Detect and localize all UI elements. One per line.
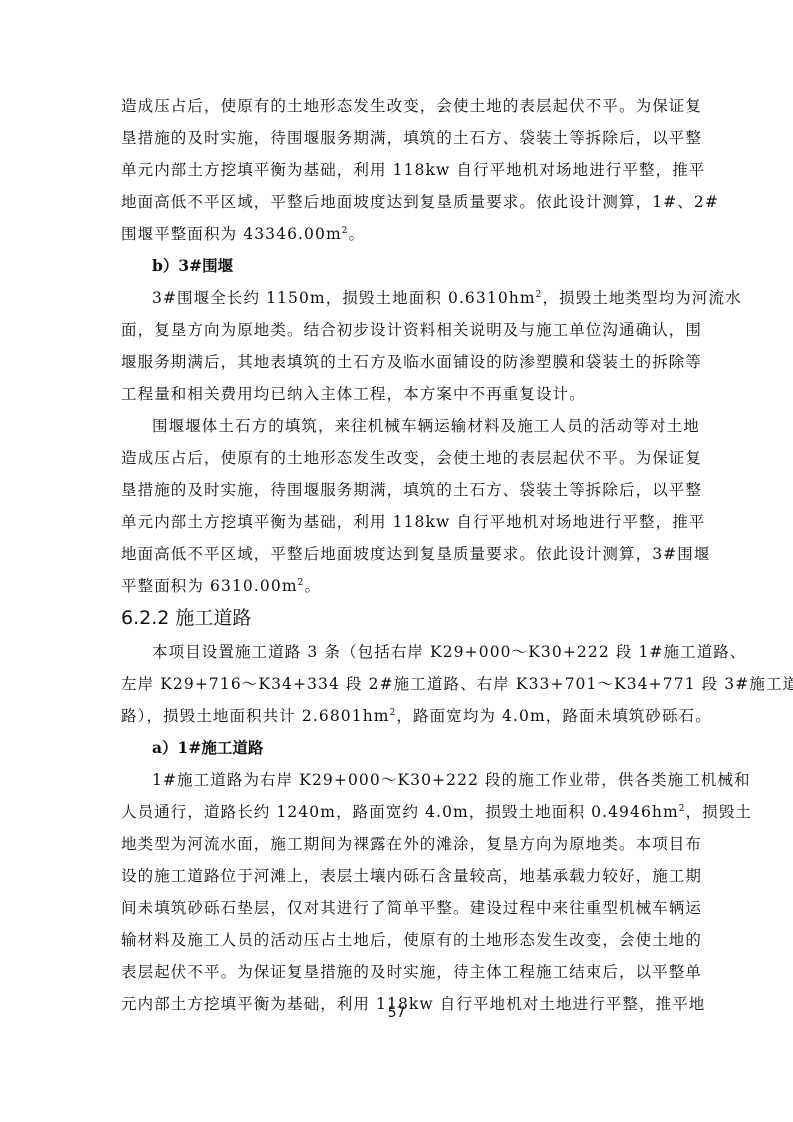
text-line: 本项目设置施工道路 3 条（包括右岸 K29+000～K30+222 段 1#施… bbox=[121, 636, 672, 668]
text-span: ，损毁土地类型均为河流水 bbox=[543, 289, 742, 307]
text-line: 路），损毁土地面积共计 2.6801hm2，路面宽均为 4.0m，路面未填筑砂砾… bbox=[121, 700, 672, 732]
superscript: 2 bbox=[536, 290, 543, 300]
text-span: 路），损毁土地面积共计 2.6801hm bbox=[121, 707, 390, 725]
text-line: 地面高低不平区域，平整后地面坡度达到复垦质量要求。依此设计测算，3#围堰 bbox=[121, 538, 672, 570]
document-page: 造成压占后，使原有的土地形态发生改变，会使土地的表层起伏不平。为保证复 垦措施的… bbox=[121, 90, 672, 1020]
text-line: 地类型为河流水面，施工期间为裸露在外的滩涂，复垦方向为原地类。本项目布 bbox=[121, 828, 672, 860]
text-line: 人员通行，道路长约 1240m，路面宽约 4.0m，损毁土地面积 0.4946h… bbox=[121, 796, 672, 828]
text-line: 表层起伏不平。为保证复垦措施的及时实施，待主体工程施工结束后，以平整单 bbox=[121, 956, 672, 988]
text-span: 。 bbox=[349, 225, 366, 243]
text-line: 地面高低不平区域，平整后地面坡度达到复垦质量要求。依此设计测算，1#、2# bbox=[121, 186, 672, 218]
text-line: 设的施工道路位于河滩上，表层土壤内砾石含量较高，地基承载力较好，施工期 bbox=[121, 860, 672, 892]
superscript: 2 bbox=[342, 226, 349, 236]
paragraph-4: 本项目设置施工道路 3 条（包括右岸 K29+000～K30+222 段 1#施… bbox=[121, 636, 672, 732]
text-line: 围堰平整面积为 43346.00m2。 bbox=[121, 218, 672, 250]
text-line: 面，复垦方向为原地类。结合初步设计资料相关说明及与施工单位沟通确认，围 bbox=[121, 314, 672, 346]
text-line: 单元内部土方挖填平衡为基础，利用 118kw 自行平地机对场地进行平整，推平 bbox=[121, 506, 672, 538]
text-line: 围堰堰体土石方的填筑，来往机械车辆运输材料及施工人员的活动等对土地 bbox=[121, 410, 672, 442]
text-span: 人员通行，道路长约 1240m，路面宽约 4.0m，损毁土地面积 0.4946h… bbox=[121, 803, 679, 821]
text-span: ，损毁土 bbox=[686, 803, 752, 821]
text-line: 垦措施的及时实施，待围堰服务期满，填筑的土石方、袋装土等拆除后，以平整 bbox=[121, 474, 672, 506]
text-span: 平整面积为 6310.00m bbox=[121, 577, 298, 595]
text-line: 平整面积为 6310.00m2。 bbox=[121, 570, 672, 602]
text-line: 造成压占后，使原有的土地形态发生改变，会使土地的表层起伏不平。为保证复 bbox=[121, 442, 672, 474]
subsection-heading-b: b）3#围堰 bbox=[121, 250, 672, 282]
section-heading-6-2-2: 6.2.2 施工道路 bbox=[121, 600, 672, 636]
paragraph-3: 围堰堰体土石方的填筑，来往机械车辆运输材料及施工人员的活动等对土地 造成压占后，… bbox=[121, 410, 672, 602]
text-span: 。 bbox=[304, 577, 321, 595]
text-span: 3#围堰全长约 1150m，损毁土地面积 0.6310hm bbox=[152, 289, 536, 307]
text-line: 1#施工道路为右岸 K29+000～K30+222 段的施工作业带，供各类施工机… bbox=[121, 764, 672, 796]
text-line: 左岸 K29+716～K34+334 段 2#施工道路、右岸 K33+701～K… bbox=[121, 668, 672, 700]
text-span: ，路面宽均为 4.0m，路面未填筑砂砾石。 bbox=[396, 707, 711, 725]
subsection-heading-a: a）1#施工道路 bbox=[121, 732, 672, 764]
paragraph-2: 3#围堰全长约 1150m，损毁土地面积 0.6310hm2，损毁土地类型均为河… bbox=[121, 282, 672, 410]
text-line: 造成压占后，使原有的土地形态发生改变，会使土地的表层起伏不平。为保证复 bbox=[121, 90, 672, 122]
paragraph-5: 1#施工道路为右岸 K29+000～K30+222 段的施工作业带，供各类施工机… bbox=[121, 764, 672, 1020]
superscript: 2 bbox=[679, 804, 686, 814]
paragraph-1: 造成压占后，使原有的土地形态发生改变，会使土地的表层起伏不平。为保证复 垦措施的… bbox=[121, 90, 672, 250]
text-span: 围堰平整面积为 43346.00m bbox=[121, 225, 342, 243]
text-line: 单元内部土方挖填平衡为基础，利用 118kw 自行平地机对场地进行平整，推平 bbox=[121, 154, 672, 186]
text-line: 垦措施的及时实施，待围堰服务期满，填筑的土石方、袋装土等拆除后，以平整 bbox=[121, 122, 672, 154]
text-line: 输材料及施工人员的活动压占土地后，使原有的土地形态发生改变，会使土地的 bbox=[121, 924, 672, 956]
text-line: 3#围堰全长约 1150m，损毁土地面积 0.6310hm2，损毁土地类型均为河… bbox=[121, 282, 672, 314]
text-line: 堰服务期满后，其地表填筑的土石方及临水面铺设的防渗塑膜和袋装土的拆除等 bbox=[121, 346, 672, 378]
text-line: 工程量和相关费用均已纳入主体工程，本方案中不再重复设计。 bbox=[121, 378, 672, 410]
text-line: 间未填筑砂砾石垫层，仅对其进行了简单平整。建设过程中来往重型机械车辆运 bbox=[121, 892, 672, 924]
page-number: 57 bbox=[0, 1005, 793, 1021]
